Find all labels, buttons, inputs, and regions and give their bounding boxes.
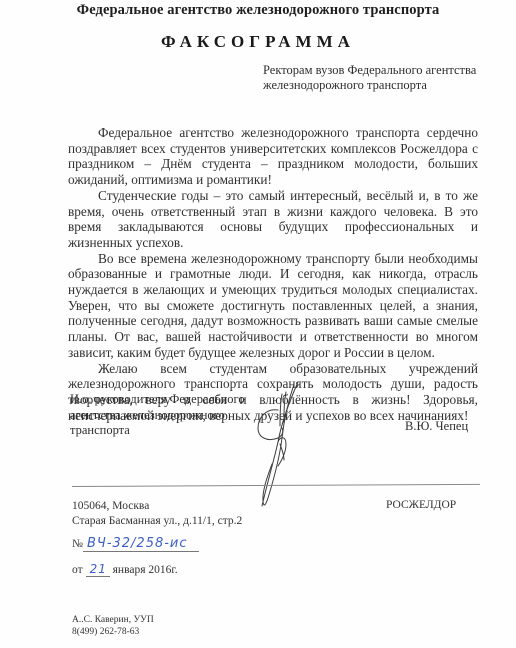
- address-line: Старая Басманная ул., д.11/1, стр.2: [72, 514, 242, 529]
- executor-name: А..С. Каверин, УУП: [72, 614, 154, 626]
- date-prefix: от: [72, 564, 83, 576]
- number-value: ВЧ-32/258-ис: [83, 536, 199, 552]
- date-rest: января 2016г.: [113, 564, 178, 576]
- executor-info: А..С. Каверин, УУП 8(499) 262-78-63: [72, 614, 154, 638]
- signer-title: И.о. руководителя Федерального агентства…: [70, 392, 245, 439]
- registration-date: от21января 2016г.: [72, 562, 178, 577]
- signer-title-line: транспорта: [70, 423, 245, 439]
- recipient-line: железнодорожного транспорта: [263, 78, 476, 93]
- body-paragraph: Студенческие годы – это самый интересный…: [68, 188, 478, 251]
- agency-header: Федеральное агентство железнодорожного т…: [0, 2, 516, 19]
- sender-address: 105064, Москва Старая Басманная ул., д.1…: [72, 499, 242, 529]
- signer-title-line: агентства железнодорожного: [70, 408, 245, 424]
- registration-number: №ВЧ-32/258-ис: [72, 536, 199, 552]
- document-title: ФАКСОГРАММА: [0, 32, 516, 52]
- date-day: 21: [86, 562, 110, 577]
- address-line: 105064, Москва: [72, 499, 242, 514]
- signer-name: В.Ю. Чепец: [405, 419, 468, 434]
- recipient-block: Ректорам вузов Федерального агентства же…: [263, 63, 476, 93]
- organization-name: РОСЖЕЛДОР: [386, 499, 456, 511]
- signature-icon: [238, 380, 328, 510]
- body-paragraph: Федеральное агентство железнодорожного т…: [68, 125, 478, 188]
- number-label: №: [72, 538, 83, 550]
- executor-phone: 8(499) 262-78-63: [72, 626, 154, 638]
- signer-title-line: И.о. руководителя Федерального: [70, 392, 245, 408]
- fax-document-page: Федеральное агентство железнодорожного т…: [0, 0, 516, 648]
- letter-body: Федеральное агентство железнодорожного т…: [68, 125, 478, 423]
- recipient-line: Ректорам вузов Федерального агентства: [263, 63, 476, 78]
- body-paragraph: Во все времена железнодорожному транспор…: [68, 251, 478, 361]
